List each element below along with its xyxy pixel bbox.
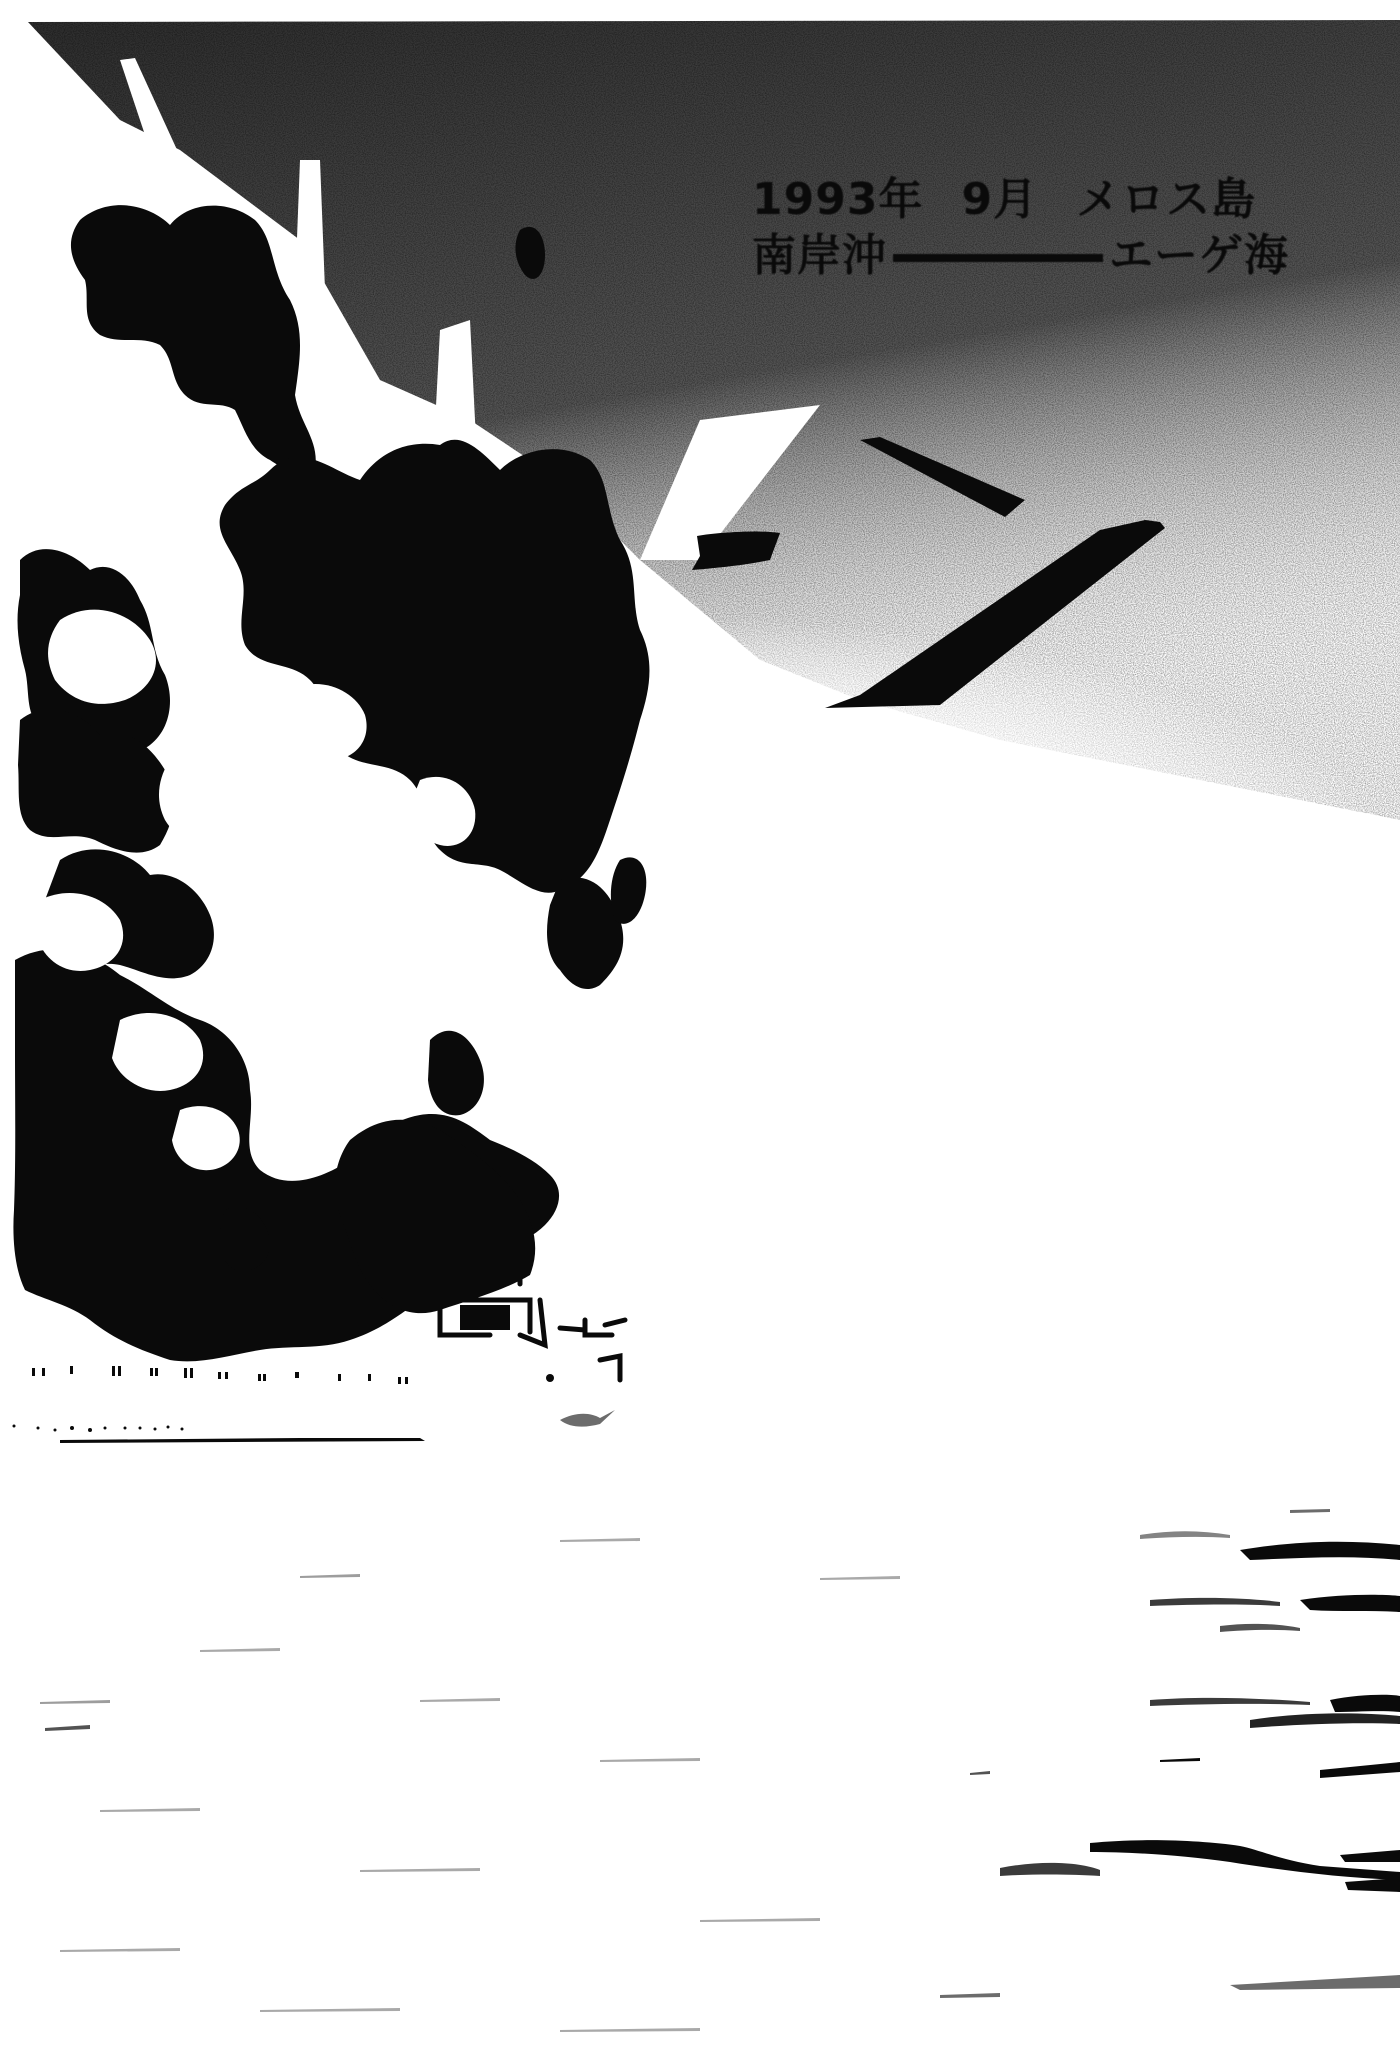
horizon: [13, 1366, 616, 1443]
caption-island: メロス島: [1076, 174, 1256, 225]
location-caption: 1993年9月メロス島 南岸沖エーゲ海: [752, 172, 1332, 284]
caption-coast: 南岸沖: [752, 230, 887, 281]
caption-line-1: 1993年9月メロス島: [752, 172, 1332, 228]
horizon-dots: [13, 1425, 184, 1433]
caption-sea: エーゲ海: [1109, 230, 1289, 281]
caption-month: 9月: [961, 174, 1038, 225]
shore-dots: [32, 1366, 554, 1384]
manga-page: ーン 1993年9月メロス島 南岸沖エーゲ海: [0, 0, 1400, 2061]
illustration: [0, 0, 1400, 2061]
caption-dash: [893, 254, 1103, 262]
sea-waves: [40, 1509, 1400, 2032]
caption-year: 1993年: [752, 174, 923, 225]
caption-line-2: 南岸沖エーゲ海: [752, 228, 1332, 284]
